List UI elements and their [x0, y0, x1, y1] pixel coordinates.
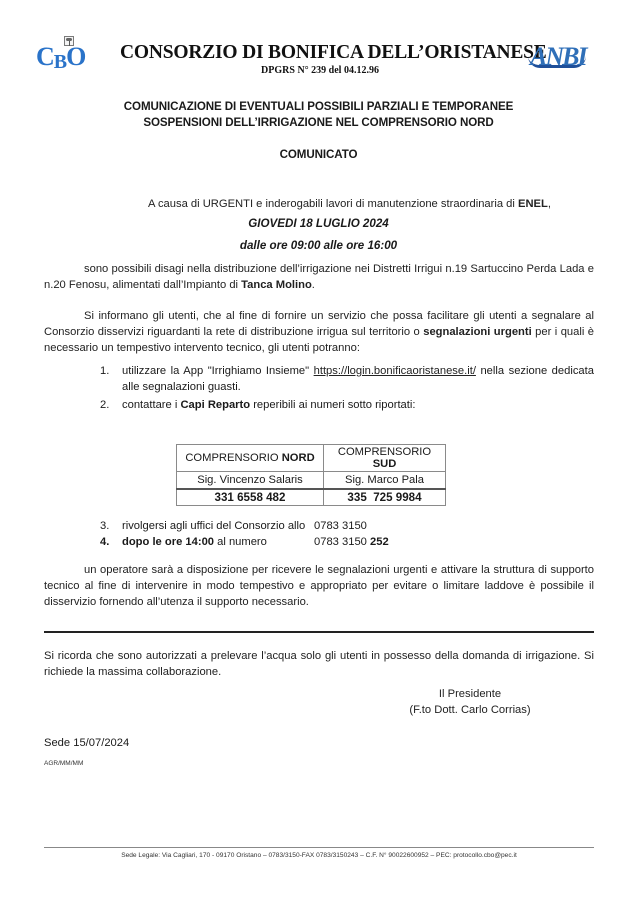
north-phone: 331 6558 482 [177, 489, 324, 506]
signature: Il Presidente (F.to Dott. Carlo Corrias) [380, 686, 560, 718]
document-subtitle: COMUNICATO [60, 148, 577, 161]
office-phone: 0783 3150 [314, 518, 367, 534]
south-contact-name: Sig. Marco Pala [324, 472, 446, 489]
north-header: COMPRENSORIO NORD [177, 445, 324, 472]
document-title-line1: COMUNICAZIONE DI EVENTUALI POSSIBILI PAR… [60, 100, 577, 113]
paragraph-operator-info: un operatore sarà a disposizione per ric… [44, 562, 594, 610]
divider [44, 631, 594, 633]
after-hours-phone: 0783 3150 252 [314, 534, 389, 550]
paragraph-reminder: Si ricorda che sono autorizzati a prelev… [44, 648, 594, 680]
decree-reference: DPGRS N° 239 del 04.12.96 [120, 65, 520, 76]
paragraph-affected-districts: sono possibili disagi nella distribuzion… [44, 261, 594, 293]
footer-divider [44, 847, 594, 848]
table-row: COMPRENSORIO NORD COMPRENSORIO SUD [177, 445, 446, 472]
app-login-link[interactable]: https://login.bonificaoristanese.it/ [314, 365, 476, 377]
reference-code: AGR/MM/MM [44, 760, 83, 767]
reporting-options-list: 1. utilizzare la App "Irrighiamo Insieme… [100, 363, 594, 413]
footer-legal-info: Sede Legale: Via Cagliari, 170 - 09170 O… [44, 852, 594, 859]
cbo-logo-letters: CBO [36, 44, 85, 72]
document-title-line2: SOSPENSIONI DELL’IRRIGAZIONE NEL COMPREN… [60, 116, 577, 129]
table-row: Sig. Vincenzo Salaris Sig. Marco Pala [177, 472, 446, 489]
contacts-table: COMPRENSORIO NORD COMPRENSORIO SUD Sig. … [176, 444, 446, 506]
list-item: 4. dopo le ore 14:00 al numero 0783 3150… [100, 534, 520, 550]
list-item: 2. contattare i Capi Reparto reperibili … [100, 397, 594, 413]
intro-text: A causa di URGENTI e inderogabili lavori… [148, 196, 588, 212]
signature-role: Il Presidente [380, 686, 560, 702]
office-contacts-list: 3. rivolgersi agli uffici del Consorzio … [100, 518, 520, 550]
paragraph-reporting-info: Si informano gli utenti, che al fine di … [44, 308, 594, 356]
cbo-logo: CBO [36, 36, 110, 72]
south-phone: 335 725 9984 [324, 489, 446, 506]
north-contact-name: Sig. Vincenzo Salaris [177, 472, 324, 489]
table-row: 331 6558 482 335 725 9984 [177, 489, 446, 506]
south-header: COMPRENSORIO SUD [324, 445, 446, 472]
place-date: Sede 15/07/2024 [44, 737, 129, 749]
signature-name: (F.to Dott. Carlo Corrias) [380, 702, 560, 718]
anbi-logo: ANBI [528, 42, 588, 74]
organization-name: CONSORZIO DI BONIFICA DELL’ORISTANESE [120, 42, 520, 64]
list-item: 1. utilizzare la App "Irrighiamo Insieme… [100, 363, 594, 395]
list-item: 3. rivolgersi agli uffici del Consorzio … [100, 518, 520, 534]
outage-date: GIOVEDI 18 LUGLIO 2024 [60, 217, 577, 230]
outage-time: dalle ore 09:00 alle ore 16:00 [60, 239, 577, 252]
